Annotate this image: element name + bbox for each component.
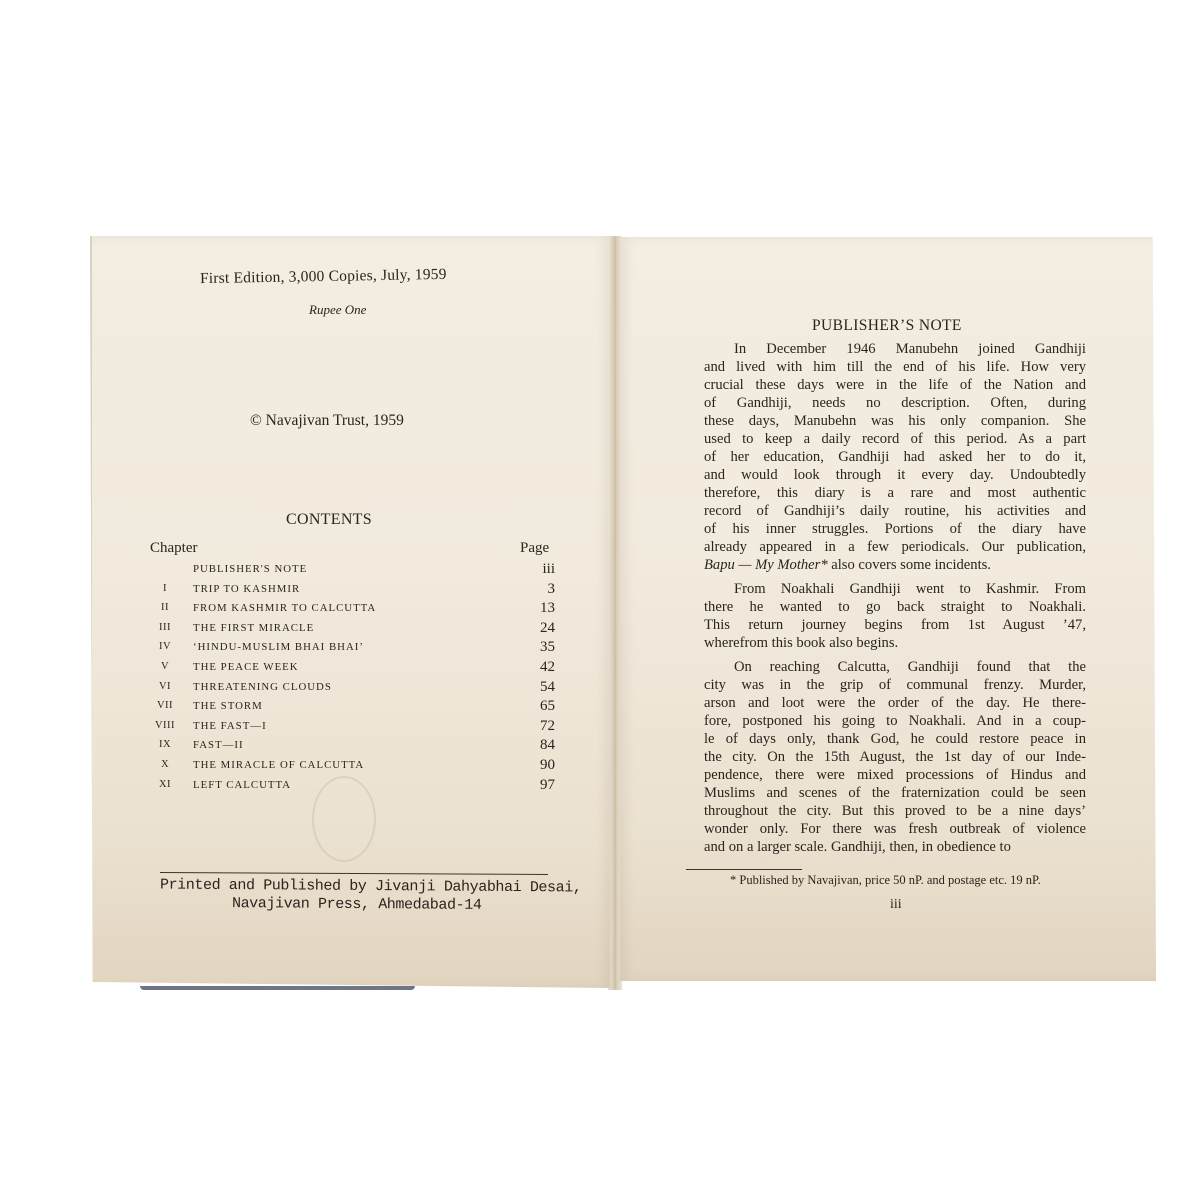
toc-chapter-number: II [150,602,180,613]
toc-chapter-number: III [150,622,180,633]
toc-chapter-title: PUBLISHER'S NOTE [193,563,307,575]
text-line: This return journey begins from 1st Augu… [704,616,1086,634]
text-line: already appeared in a few periodicals. O… [704,538,1086,556]
toc-entry: XTHE MIRACLE OF CALCUTTA90 [150,757,550,777]
toc-chapter-number: I [150,583,180,594]
book-spine [608,236,622,990]
toc-chapter-title: THE MIRACLE OF CALCUTTA [193,759,364,771]
left-page: First Edition, 3,000 Copies, July, 1959 … [90,236,610,988]
toc-entry: VTHE PEACE WEEK42 [150,659,550,679]
copyright-line: © Navajivan Trust, 1959 [250,412,404,430]
text-line: and would look through it every day. Und… [704,466,1086,484]
table-of-contents: PUBLISHER'S NOTEiiiITRIP TO KASHMIR3IIFR… [150,561,550,796]
text-line: pendence, there were mixed processions o… [704,766,1086,784]
publishers-note-heading: PUBLISHER’S NOTE [812,317,962,335]
text-line: throughout the city. But this proved to … [704,802,1086,820]
toc-page-number: 13 [515,600,555,617]
text-line: the city. On the 15th August, the 1st da… [704,748,1086,766]
note-paragraph: From Noakhali Gandhiji went to Kashmir. … [704,580,1086,652]
toc-chapter-number: VII [150,700,180,711]
toc-chapter-title: THE PEACE WEEK [193,661,299,673]
text-line: Bapu — My Mother* also covers some incid… [704,556,1086,574]
text-line: of her education, Gandhiji had asked her… [704,448,1086,466]
toc-page-number: 84 [515,737,555,754]
toc-chapter-number: IV [150,641,180,652]
printer-line-1: Printed and Published by Jivanji Dahyabh… [160,877,582,897]
publishers-note-body: In December 1946 Manubehn joined Gandhij… [704,340,1086,856]
text-line: Muslims and scenes of the fraternization… [704,784,1086,802]
toc-page-number: 3 [515,581,555,598]
text-line: In December 1946 Manubehn joined Gandhij… [704,340,1086,358]
toc-entry: IIFROM KASHMIR TO CALCUTTA13 [150,600,550,620]
toc-chapter-number: VIII [150,720,180,731]
toc-chapter-number: IX [150,739,180,750]
footnote: * Published by Navajivan, price 50 nP. a… [730,873,1041,888]
text-line: of his inner struggles. Portions of the … [704,520,1086,538]
text-line: used to keep a daily record of this peri… [704,430,1086,448]
right-page: PUBLISHER’S NOTE In December 1946 Manube… [620,237,1156,981]
toc-entry: ITRIP TO KASHMIR3 [150,581,550,601]
toc-entry: VIITHE STORM65 [150,698,550,718]
toc-page-number: 24 [515,620,555,637]
contents-heading: CONTENTS [286,511,372,529]
note-paragraph: On reaching Calcutta, Gandhiji found tha… [704,658,1086,856]
toc-chapter-title: THE STORM [193,700,263,712]
book-title-italic: Bapu — My Mother* [704,557,828,573]
text-line: wherefrom this book also begins. [704,634,1086,652]
text-line: and lived with him till the end of his l… [704,358,1086,376]
toc-entry: PUBLISHER'S NOTEiii [150,561,550,581]
divider-rule [160,872,548,875]
text-line: wonder only. For there was fresh outbrea… [704,820,1086,838]
toc-chapter-number: X [150,759,180,770]
text-line: le of days only, thank God, he could res… [704,730,1086,748]
text-line: From Noakhali Gandhiji went to Kashmir. … [704,580,1086,598]
text-line: of Gandhiji, needs no description. Often… [704,394,1086,412]
text-line: arson and loot were the order of the day… [704,694,1086,712]
toc-chapter-title: FAST—II [193,739,244,751]
text-line: record of Gandhiji’s daily routine, his … [704,502,1086,520]
text-line: there he wanted to go back straight to N… [704,598,1086,616]
toc-chapter-number: VI [150,681,180,692]
printer-line-2: Navajivan Press, Ahmedabad-14 [232,895,482,914]
toc-header-page: Page [520,540,549,557]
footnote-rule [686,869,802,870]
toc-entry: VIIITHE FAST—I72 [150,718,550,738]
toc-page-number: 97 [515,777,555,794]
toc-chapter-title: THREATENING CLOUDS [193,681,332,693]
price-line: Rupee One [309,302,366,318]
text-line: these days, Manubehn was his only compan… [704,412,1086,430]
toc-entry: IIITHE FIRST MIRACLE24 [150,620,550,640]
toc-entry: IXFAST—II84 [150,737,550,757]
page-number: iii [890,897,902,913]
toc-chapter-title: THE FIRST MIRACLE [193,622,314,634]
faded-stamp-mark [312,776,376,862]
toc-chapter-number: XI [150,779,180,790]
text-line: crucial these days were in the life of t… [704,376,1086,394]
toc-chapter-number: V [150,661,180,672]
toc-header-chapter: Chapter [150,540,197,557]
toc-chapter-title: ‘HINDU-MUSLIM BHAI BHAI’ [193,641,364,653]
text-line: fore, postponed his going to Noakhali. A… [704,712,1086,730]
text-line: On reaching Calcutta, Gandhiji found tha… [704,658,1086,676]
edition-line: First Edition, 3,000 Copies, July, 1959 [200,266,447,288]
toc-page-number: 42 [515,659,555,676]
toc-entry: IV‘HINDU-MUSLIM BHAI BHAI’35 [150,639,550,659]
toc-chapter-title: THE FAST—I [193,720,267,732]
toc-page-number: 65 [515,698,555,715]
toc-entry: VITHREATENING CLOUDS54 [150,679,550,699]
cover-edge [140,986,415,990]
note-paragraph: In December 1946 Manubehn joined Gandhij… [704,340,1086,574]
toc-chapter-title: LEFT CALCUTTA [193,779,291,791]
toc-page-number: 72 [515,718,555,735]
text-line: and on a larger scale. Gandhiji, then, i… [704,838,1086,856]
toc-page-number: 54 [515,679,555,696]
toc-page-number: 35 [515,639,555,656]
toc-chapter-title: FROM KASHMIR TO CALCUTTA [193,602,376,614]
text-line: therefore, this diary is a rare and most… [704,484,1086,502]
text-line: city was in the grip of communal frenzy.… [704,676,1086,694]
toc-chapter-title: TRIP TO KASHMIR [193,583,300,595]
toc-page-number: iii [515,561,555,578]
toc-page-number: 90 [515,757,555,774]
